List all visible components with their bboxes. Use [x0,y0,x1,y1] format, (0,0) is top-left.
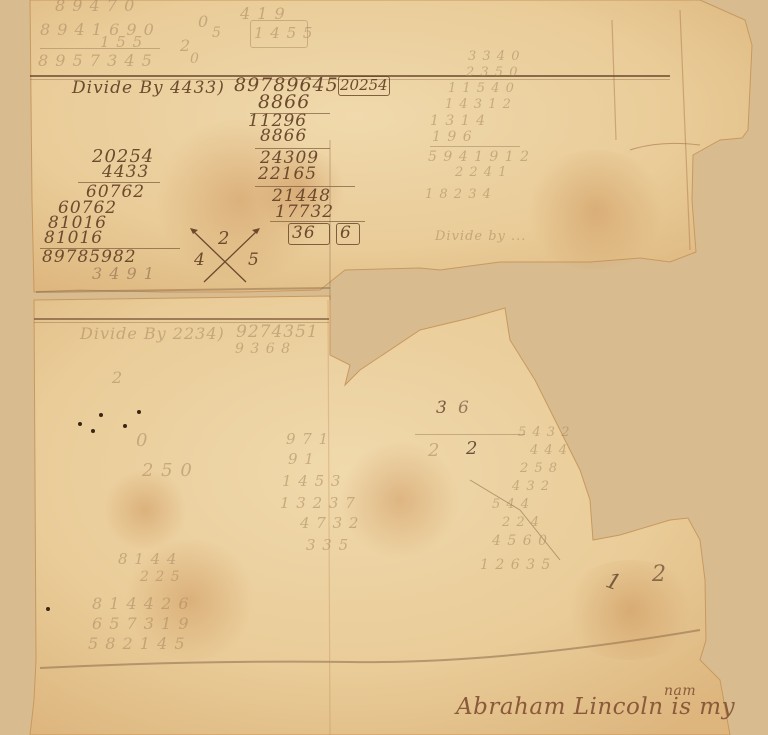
signature-line: Abraham Lincoln is my [456,696,735,719]
pencil-digits: 5 9 4 1 9 1 2 [428,150,530,164]
carry-digits: 3 4 9 1 [92,266,155,282]
remainder-partial: 36 [292,225,316,242]
division-step: 8866 [260,128,307,145]
ink-digit: 6 [458,400,470,417]
faint-digits: 1 4 5 5 [254,26,313,41]
remainder: 6 [340,225,352,242]
pencil-digits: 2 2 4 [502,516,540,529]
partial-product: 81016 [44,230,103,247]
pencil-digits: 6 5 7 3 1 9 [92,616,190,632]
pencil-digits: 1 2 6 3 5 [480,558,551,572]
pencil-digits: 8 1 4 4 [118,552,177,567]
pencil-digits: 4 4 4 [530,444,568,457]
cross-digit: 0 [198,14,209,30]
faint-digits: 2 5 0 [142,462,193,480]
pencil-digits: 1 3 1 4 [430,114,486,128]
faint-digit: 0 [136,432,148,450]
division-step: 17732 [275,204,334,221]
division-step: 9 3 6 8 [235,342,291,356]
pencil-digits: 2 2 4 1 [455,166,507,179]
pencil-digits: 9 1 [288,452,315,467]
ink-blot [123,424,127,428]
pencil-digits: 5 4 4 [492,498,530,511]
division-heading: Divide By 2234) [80,326,225,342]
pencil-text: Divide by ... [435,230,526,243]
ink-blot [91,429,95,433]
pencil-digits: 5 4 3 2 [518,426,570,439]
cross-digit: 4 [194,252,206,269]
pencil-digits: 1 4 5 3 [282,474,341,489]
faint-digits: 8 9 5 7 3 4 5 [38,53,153,69]
pencil-digits: 1 9 6 [432,130,473,144]
pencil-digits: 9 7 1 [286,432,329,447]
pencil-digits: 8 1 4 4 2 6 [92,596,190,612]
pencil-digits: 4 5 6 0 [492,534,548,548]
faint-digits: 8 9 4 7 0 [55,0,135,14]
ink-mark: 2 [652,564,667,586]
pencil-digits: 1 3 2 3 7 [280,496,356,511]
cross-digit: 0 [190,52,200,66]
faint-rule [415,434,525,435]
pencil-digits: 2 3 5 0 [466,66,518,79]
ink-blot [99,413,103,417]
pencil-digits: 2 2 5 [140,570,181,584]
pencil-digits: 1 1 5 4 0 [448,82,515,95]
faint-digit: 2 [112,370,123,386]
dividend: 9274351 [236,324,319,341]
pencil-digits: 1 8 2 3 4 [425,188,492,201]
division-step: 8866 [258,93,310,112]
pencil-digits: 2 5 8 [520,462,558,475]
pencil-digit: 2 [428,442,440,460]
cross-digit: 5 [212,26,222,40]
signature-continuation: nam [664,684,696,698]
ink-blot [46,607,50,611]
pencil-digits: 3 3 4 0 [468,50,520,63]
pencil-digits: 3 3 5 [306,538,349,553]
pencil-digits: 1 4 3 1 2 [445,98,512,111]
multiplier: 4433 [102,164,149,181]
ruled-line [34,318,329,320]
faint-rule [430,146,520,147]
manuscript-photo: 8 9 4 7 0 8 9 4 1 6 9 0 1 5 5 8 9 5 7 3 … [0,0,768,735]
cross-digit: 5 [248,252,260,269]
division-rule [270,221,365,222]
quotient: 20254 [340,78,388,93]
pencil-digits: 4 3 2 [512,480,550,493]
faint-rule [40,48,160,49]
pencil-digits: 5 8 2 1 4 5 [88,636,186,652]
cross-digit: 2 [218,230,230,248]
ink-digit: 3 [436,400,448,417]
ink-blot [78,422,82,426]
ink-digit: 2 [466,440,478,458]
division-heading: Divide By 4433) [72,80,225,97]
ink-blot [137,410,141,414]
division-step: 22165 [258,166,317,183]
pencil-digits: 4 7 3 2 [300,516,359,531]
